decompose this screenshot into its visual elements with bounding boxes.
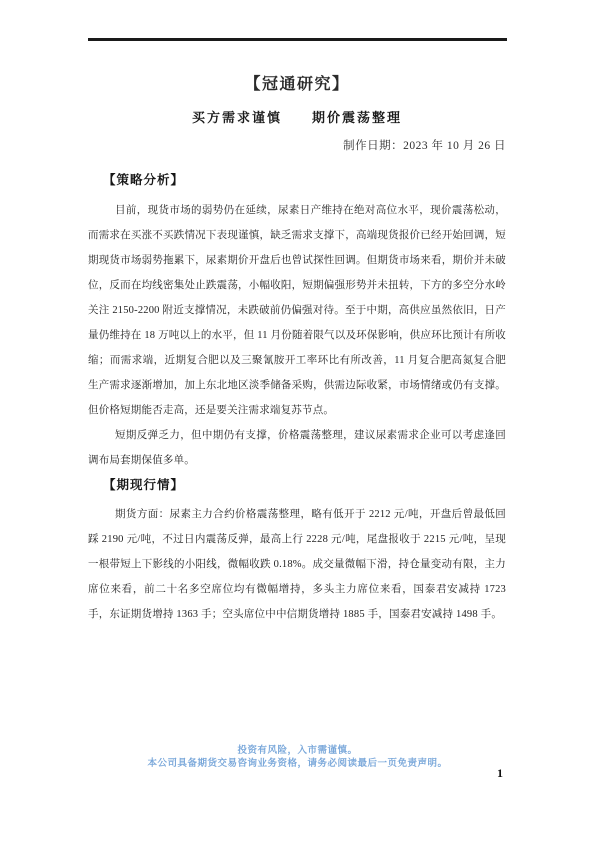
page-number: 1 [492,766,508,780]
report-date: 制作日期：2023 年 10 月 26 日 [88,139,506,154]
section-title-strategy-analysis: 【策略分析】 [88,173,506,188]
report-subtitle-right: 期价震荡整理 [312,110,402,125]
strategy-paragraph-1: 目前，现货市场的弱势仍在延续，尿素日产维持在绝对高位水平，现价震荡松动，而需求在… [88,198,506,423]
footer-risk-warning: 投资有风险，入市需谨慎。 [0,745,595,758]
market-paragraph-1: 期货方面：尿素主力合约价格震荡整理，略有低开于 2212 元/吨，开盘后曾最低回… [88,502,506,627]
document-content: 【冠通研究】 买方需求谨慎期价震荡整理 制作日期：2023 年 10 月 26 … [88,0,506,627]
document-page: 【冠通研究】 买方需求谨慎期价震荡整理 制作日期：2023 年 10 月 26 … [0,0,595,842]
report-subtitle-left: 买方需求谨慎 [192,110,282,125]
section-title-market-quotes: 【期现行情】 [88,478,506,493]
report-brand-title: 【冠通研究】 [88,75,506,95]
strategy-paragraph-2: 短期反弹乏力，但中期仍有支撑，价格震荡整理，建议尿素需求企业可以考虑逢回调布局套… [88,423,506,473]
report-subtitle: 买方需求谨慎期价震荡整理 [88,109,506,126]
